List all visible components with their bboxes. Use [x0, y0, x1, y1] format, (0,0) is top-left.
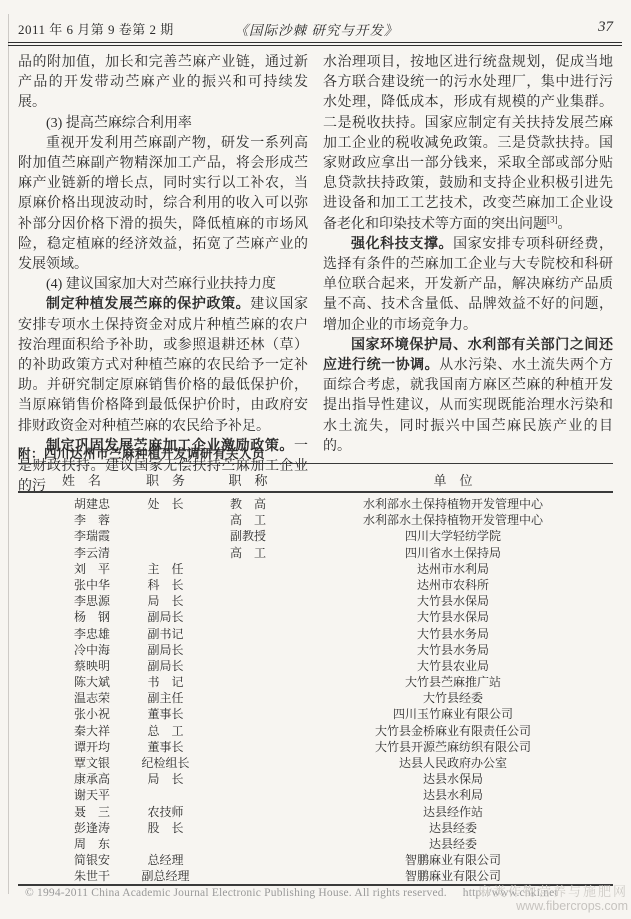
header-double-rule [8, 42, 622, 46]
table-cell: 处 长 [128, 495, 203, 512]
paragraph: 制定种植发展苎麻的保护政策。建议国家安排专项水土保持资金对成片种植苎麻的农户按治… [18, 295, 308, 436]
table-row: 张小祝董事长四川玉竹麻业有限公司 [18, 705, 613, 721]
bold-run: 强化科技支撑。 [351, 237, 453, 252]
table-cell: 杨 钢 [18, 608, 128, 625]
table-row: 彭逢涛股 长达县经委 [18, 819, 613, 835]
table-cell: 高 工 [203, 544, 293, 561]
copyright-text: © 1994-2011 China Academic Journal Elect… [25, 887, 447, 899]
table-cell: 张中华 [18, 576, 128, 593]
table-cell: 副主任 [128, 689, 203, 706]
table-cell: 李瑞霞 [18, 527, 128, 544]
watermark-url: www.fibercrops.com [478, 899, 628, 913]
text-run: 重视开发利用苎麻副产物，研发一系列高附加值苎麻副产物精深加工产品，将会形成苎麻产… [18, 136, 308, 272]
table-cell: 局 长 [128, 592, 203, 609]
paragraph: (3) 提高苎麻综合利用率 [18, 114, 308, 134]
table-row: 李忠雄副书记大竹县水务局 [18, 625, 613, 641]
table-row: 陈大斌书 记大竹县苎麻推广站 [18, 673, 613, 689]
journal-page: 2011 年 6 月第 9 卷第 2 期 《国际沙棘 研究与开发》 37 品的附… [0, 0, 631, 919]
table-row: 覃文银纪检组长达县人民政府办公室 [18, 754, 613, 770]
table-row: 胡建忠处 长教 高水利部水土保持植物开发管理中心 [18, 495, 613, 511]
table-cell: 达县经委 [293, 819, 613, 836]
watermark-chinese: 麻类作物营养与施肥网 [478, 885, 628, 899]
table-cell: 达县经委 [293, 835, 613, 852]
table-cell: 李 蓉 [18, 511, 128, 528]
table-rule-top [18, 463, 613, 464]
table-cell: 书 记 [128, 673, 203, 690]
text-run: 。 [558, 217, 572, 232]
table-row: 秦大祥总 工大竹县金桥麻业有限责任公司 [18, 722, 613, 738]
table-header-cell: 职 称 [203, 470, 293, 489]
table-cell: 总 工 [128, 722, 203, 739]
table-cell: 副教授 [203, 527, 293, 544]
table-cell: 朱世干 [18, 867, 128, 884]
table-cell: 四川大学轻纺学院 [293, 527, 613, 544]
scan-edge-line [8, 14, 9, 894]
table-cell: 副局长 [128, 608, 203, 625]
table-cell: 股 长 [128, 819, 203, 836]
table-cell: 智鹏麻业有限公司 [293, 851, 613, 868]
table-cell: 达县人民政府办公室 [293, 754, 613, 771]
table-cell: 温志荣 [18, 689, 128, 706]
paragraph: 国家环境保护局、水利部有关部门之间还应进行统一协调。从水污染、水土流失两个方面综… [323, 336, 613, 457]
table-row: 蔡映明副局长大竹县农业局 [18, 657, 613, 673]
table-cell: 副局长 [128, 657, 203, 674]
table-row: 周 东达县经委 [18, 835, 613, 851]
text-run: (3) 提高苎麻综合利用率 [46, 116, 192, 131]
table-cell: 大竹县金桥麻业有限责任公司 [293, 722, 613, 739]
table-cell: 副书记 [128, 625, 203, 642]
column-left: 品的附加值，加长和完善苎麻产业链，通过新产品的开发带动苎麻产业的振兴和可持续发展… [18, 53, 308, 497]
table-cell: 秦大祥 [18, 722, 128, 739]
paragraph: 重视开发利用苎麻副产物，研发一系列高附加值苎麻副产物精深加工产品，将会形成苎麻产… [18, 134, 308, 275]
table-cell: 董事长 [128, 738, 203, 755]
text-run: 水治理项目，按地区进行统盘规划，促成当地各方联合建设统一的污水处理厂，集中进行污… [323, 55, 613, 232]
table-cell: 达州市水利局 [293, 560, 613, 577]
table-cell: 达县经作站 [293, 803, 613, 820]
table-cell: 陈大斌 [18, 673, 128, 690]
table-row: 谢天平达县水利局 [18, 786, 613, 802]
table-row: 杨 钢副局长大竹县水保局 [18, 608, 613, 624]
table-cell: 刘 平 [18, 560, 128, 577]
table-row: 李思源局 长大竹县水保局 [18, 592, 613, 608]
table-cell: 李云清 [18, 544, 128, 561]
table-cell: 达州市农科所 [293, 576, 613, 593]
journal-title: 《国际沙棘 研究与开发》 [18, 19, 615, 39]
table-cell: 副局长 [128, 641, 203, 658]
table-cell: 智鹏麻业有限公司 [293, 867, 613, 884]
table-header-row: 姓 名职 务职 称单 位 [18, 467, 613, 491]
reference-superscript: [3] [547, 214, 558, 224]
watermark: 麻类作物营养与施肥网 www.fibercrops.com [478, 885, 628, 913]
table-cell: 董事长 [128, 705, 203, 722]
table-cell: 达县水保局 [293, 770, 613, 787]
table-cell: 副总经理 [128, 867, 203, 884]
table-row: 李云清高 工四川省水土保持局 [18, 544, 613, 560]
table-row: 刘 平主 任达州市水利局 [18, 560, 613, 576]
table-cell: 四川玉竹麻业有限公司 [293, 705, 613, 722]
table-cell: 简银安 [18, 851, 128, 868]
table-row: 简银安总经理智鹏麻业有限公司 [18, 851, 613, 867]
table-rule-middle [18, 491, 613, 493]
page-number: 37 [598, 19, 613, 36]
table-cell: 水利部水土保持植物开发管理中心 [293, 511, 613, 528]
table-cell: 科 长 [128, 576, 203, 593]
table-row: 朱世干副总经理智鹏麻业有限公司 [18, 867, 613, 883]
page-header: 2011 年 6 月第 9 卷第 2 期 《国际沙棘 研究与开发》 37 [18, 19, 615, 39]
table-row: 聂 三农技师达县经作站 [18, 803, 613, 819]
table-cell: 张小祝 [18, 705, 128, 722]
paragraph: 强化科技支撑。国家安排专项科研经费，选择有条件的苎麻加工企业与大专院校和科研单位… [323, 235, 613, 336]
table-cell: 周 东 [18, 835, 128, 852]
table-row: 李瑞霞副教授四川大学轻纺学院 [18, 527, 613, 543]
table-cell: 总经理 [128, 851, 203, 868]
table-header-cell: 单 位 [293, 470, 613, 489]
table-header-cell: 姓 名 [18, 470, 128, 489]
table-cell: 达县水利局 [293, 786, 613, 803]
table-row: 温志荣副主任大竹县经委 [18, 689, 613, 705]
table-cell: 李思源 [18, 592, 128, 609]
table-cell: 主 任 [128, 560, 203, 577]
table-cell: 覃文银 [18, 754, 128, 771]
text-run: 建议国家安排专项水土保持资金对成片种植苎麻的农户按治理面积给予补助，或参照退耕还… [18, 297, 308, 433]
appendix-title: 附：四川达州市苎麻种植开发调研有关人员 [18, 444, 265, 462]
paragraph: 水治理项目，按地区进行统盘规划，促成当地各方联合建设统一的污水处理厂，集中进行污… [323, 53, 613, 235]
table-row: 谭开均董事长大竹县开源苎麻纺织有限公司 [18, 738, 613, 754]
table-row: 李 蓉高 工水利部水土保持植物开发管理中心 [18, 511, 613, 527]
table-row: 康承高局 长达县水保局 [18, 770, 613, 786]
table-cell: 大竹县水保局 [293, 592, 613, 609]
table-cell: 胡建忠 [18, 495, 128, 512]
table-cell: 大竹县苎麻推广站 [293, 673, 613, 690]
table-cell: 大竹县水保局 [293, 608, 613, 625]
table-cell: 大竹县水务局 [293, 641, 613, 658]
table-cell: 蔡映明 [18, 657, 128, 674]
table-cell: 教 高 [203, 495, 293, 512]
table-cell: 农技师 [128, 803, 203, 820]
table-cell: 谢天平 [18, 786, 128, 803]
table-cell: 大竹县水务局 [293, 625, 613, 642]
table-cell: 大竹县经委 [293, 689, 613, 706]
table-cell: 局 长 [128, 770, 203, 787]
table-cell: 高 工 [203, 511, 293, 528]
table-cell: 大竹县农业局 [293, 657, 613, 674]
table-cell: 水利部水土保持植物开发管理中心 [293, 495, 613, 512]
table-cell: 彭逢涛 [18, 819, 128, 836]
paragraph: 品的附加值，加长和完善苎麻产业链，通过新产品的开发带动苎麻产业的振兴和可持续发展… [18, 53, 308, 114]
table-cell: 冷中海 [18, 641, 128, 658]
table-cell: 谭开均 [18, 738, 128, 755]
table-row: 冷中海副局长大竹县水务局 [18, 641, 613, 657]
text-run: 品的附加值，加长和完善苎麻产业链，通过新产品的开发带动苎麻产业的振兴和可持续发展… [18, 55, 308, 110]
table-cell: 大竹县开源苎麻纺织有限公司 [293, 738, 613, 755]
table-cell: 四川省水土保持局 [293, 544, 613, 561]
table-cell: 李忠雄 [18, 625, 128, 642]
body-columns: 品的附加值，加长和完善苎麻产业链，通过新产品的开发带动苎麻产业的振兴和可持续发展… [18, 53, 613, 497]
table-header-cell: 职 务 [128, 470, 203, 489]
table-cell: 康承高 [18, 770, 128, 787]
bold-run: 制定种植发展苎麻的保护政策。 [46, 297, 250, 312]
column-right: 水治理项目，按地区进行统盘规划，促成当地各方联合建设统一的污水处理厂，集中进行污… [323, 53, 613, 497]
appendix-table-body: 胡建忠处 长教 高水利部水土保持植物开发管理中心李 蓉高 工水利部水土保持植物开… [18, 495, 613, 884]
table-cell: 纪检组长 [128, 754, 203, 771]
table-row: 张中华科 长达州市农科所 [18, 576, 613, 592]
text-run: (4) 建议国家加大对苎麻行业扶持力度 [46, 277, 276, 292]
table-cell: 聂 三 [18, 803, 128, 820]
paragraph: (4) 建议国家加大对苎麻行业扶持力度 [18, 275, 308, 295]
